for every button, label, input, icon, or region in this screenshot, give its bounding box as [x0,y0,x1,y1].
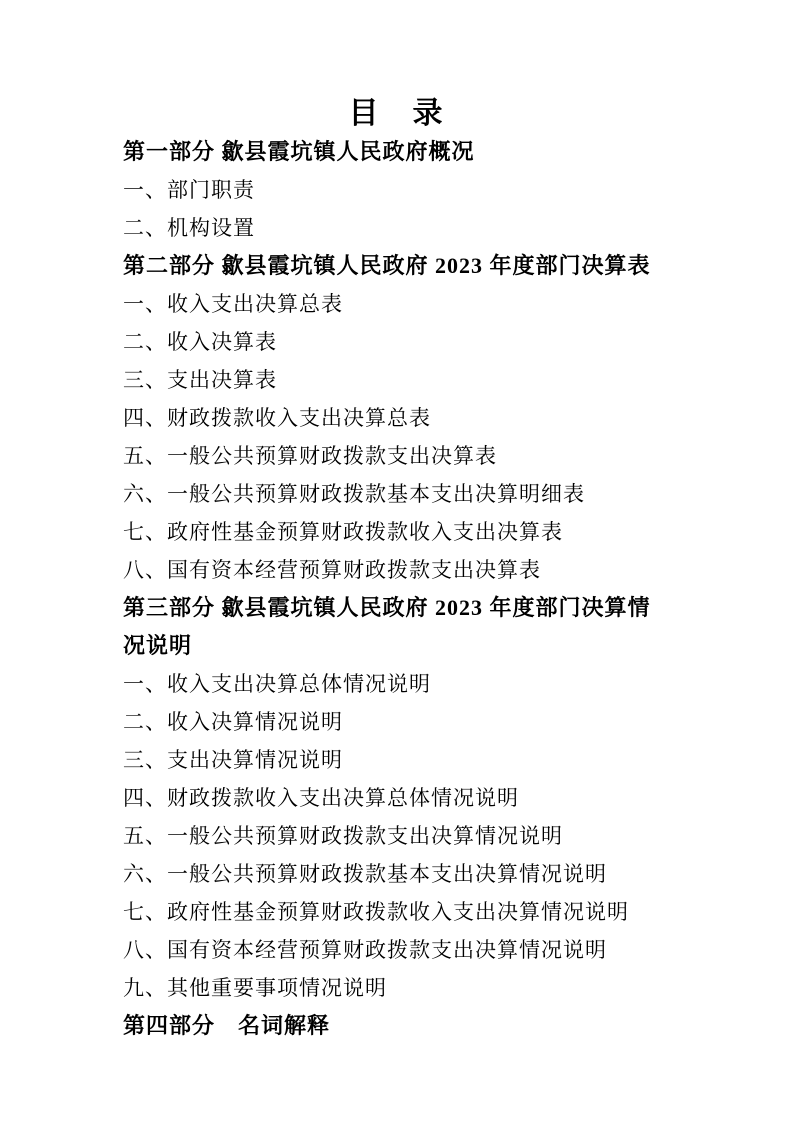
toc-item: 六、一般公共预算财政拨款基本支出决算情况说明 [123,855,713,893]
toc-item: 八、国有资本经营预算财政拨款支出决算表 [123,551,713,589]
toc-item: 七、政府性基金预算财政拨款收入支出决算表 [123,513,713,551]
toc-item: 一、收入支出决算总表 [123,285,713,323]
toc-item: 四、财政拨款收入支出决算总体情况说明 [123,779,713,817]
document-page: 目 录 第一部分 歙县霞坑镇人民政府概况一、部门职责二、机构设置第二部分 歙县霞… [0,0,793,1122]
toc-part-heading: 第一部分 歙县霞坑镇人民政府概况 [123,133,713,171]
toc-part-heading: 第四部分 名词解释 [123,1007,713,1045]
toc-item: 二、机构设置 [123,209,713,247]
toc-item: 三、支出决算表 [123,361,713,399]
toc-item: 五、一般公共预算财政拨款支出决算情况说明 [123,817,713,855]
toc-part-heading: 第三部分 歙县霞坑镇人民政府 2023 年度部门决算情 [123,589,713,627]
toc-item: 六、一般公共预算财政拨款基本支出决算明细表 [123,475,713,513]
toc-item: 八、国有资本经营预算财政拨款支出决算情况说明 [123,931,713,969]
toc-list: 第一部分 歙县霞坑镇人民政府概况一、部门职责二、机构设置第二部分 歙县霞坑镇人民… [123,133,713,1045]
toc-item: 一、部门职责 [123,171,713,209]
toc-item: 四、财政拨款收入支出决算总表 [123,399,713,437]
toc-item: 七、政府性基金预算财政拨款收入支出决算情况说明 [123,893,713,931]
toc-title: 目 录 [0,97,793,131]
toc-item: 三、支出决算情况说明 [123,741,713,779]
toc-item: 二、收入决算表 [123,323,713,361]
toc-item: 二、收入决算情况说明 [123,703,713,741]
toc-item: 九、其他重要事项情况说明 [123,969,713,1007]
toc-part-heading: 况说明 [123,627,713,665]
toc-part-heading: 第二部分 歙县霞坑镇人民政府 2023 年度部门决算表 [123,247,713,285]
toc-item: 五、一般公共预算财政拨款支出决算表 [123,437,713,475]
toc-item: 一、收入支出决算总体情况说明 [123,665,713,703]
